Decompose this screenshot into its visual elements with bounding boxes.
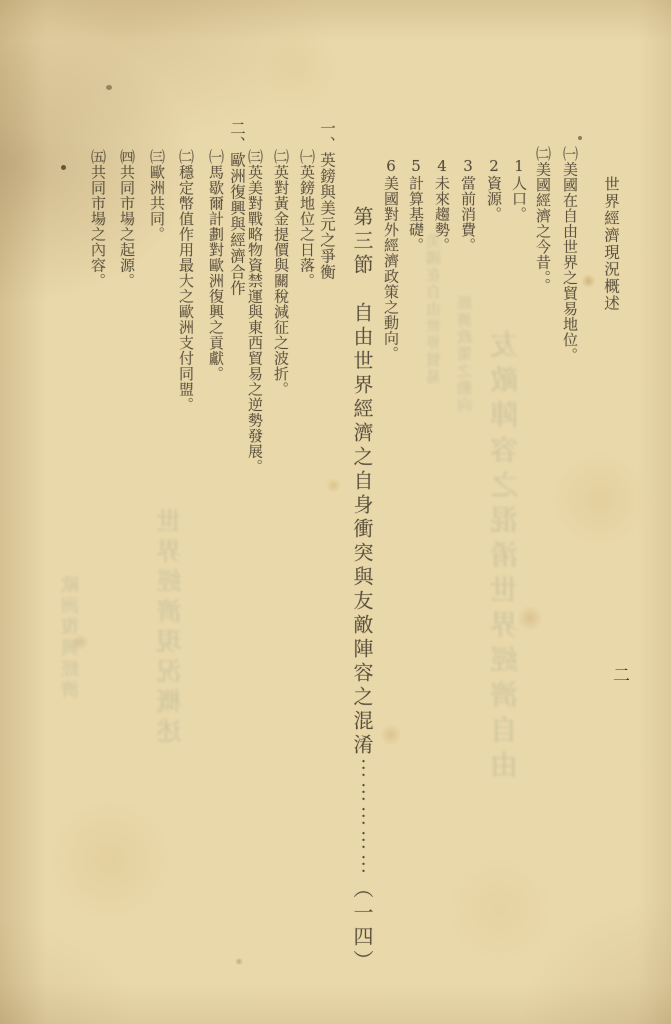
bleedthrough-text: 經濟政策之動向 [454,295,475,414]
page-number: 二 [607,666,632,683]
paper-stain [326,478,341,493]
paper-speck [106,85,112,90]
paper-stain [517,605,543,631]
toc-subitem-future-trend: 4未來趨勢。 [432,157,453,253]
bleedthrough-text: 美國在自由世界貿易 [423,233,444,386]
paper-stain [380,724,402,746]
bleedthrough-text: 歐洲復興經濟 [59,575,85,701]
toc-subitem-population: 1人口。 [509,157,530,222]
paper-stain [581,274,596,288]
toc-subitem-marshall-plan-contribution: ㈠馬歇爾計劃對歐洲復興之貢獻。 [206,149,227,382]
scanned-document-page: 友敵陣容之混淆世界經濟自由經濟政策之動向美國在自由世界貿易世界經濟現況概述歐洲復… [0,0,671,1024]
toc-subitem-us-foreign-economic-policy: 6美國對外經濟政策之動向。 [381,157,402,362]
toc-subitem-pound-decline: ㈠英鎊地位之日落。 [297,149,318,289]
paper-speck [578,136,582,140]
toc-subitem-european-common: ㈢歐洲共同。 [147,149,168,242]
toc-subitem-calculation-basis: 5計算基礎。 [406,157,427,253]
paper-speck [235,958,243,965]
toc-subitem-common-market-content: ㈤共同市場之內容。 [88,149,109,289]
toc-item-1-pound-vs-dollar: 一、英鎊與美元之爭衡 [316,120,338,280]
toc-item-us-economy-past-present: ㈡美國經濟之今昔。。 [533,146,554,294]
toc-item-2-europe-recovery-cooperation: 二、歐洲復興與經濟合作 [226,120,248,296]
toc-subitem-current-consumption: 3當前消費。 [458,157,479,253]
bleedthrough-text: 友敵陣容之混淆世界經濟自由 [486,330,526,785]
toc-subitem-strategic-embargo-east-west-trade: ㈢英美對戰略物資禁運與東西貿易之逆勢發展。 [245,149,266,475]
section-3-heading: 第三節 自由世界經濟之自身衝突與友敵陣容之混淆⋯⋯⋯⋯⋯（一四） [348,206,377,974]
toc-subitem-common-market-origin: ㈣共同市場之起源。 [117,149,138,289]
toc-item-us-trade-position: ㈠美國在自由世界之貿易地位。 [560,146,581,363]
toc-subitem-gold-price-tariff-setback: ㈡英對黃金提價與關稅減征之波折。 [271,149,292,397]
toc-subitem-resources: 2資源。 [484,157,505,222]
running-title: 世界經濟現況概述 [600,176,622,312]
bleedthrough-text: 世界經濟現況概述 [153,508,189,748]
paper-speck [61,165,66,170]
toc-subitem-european-payments-union: ㈡穩定幣值作用最大之歐洲支付同盟。 [176,149,197,413]
paper-stain [72,634,89,650]
